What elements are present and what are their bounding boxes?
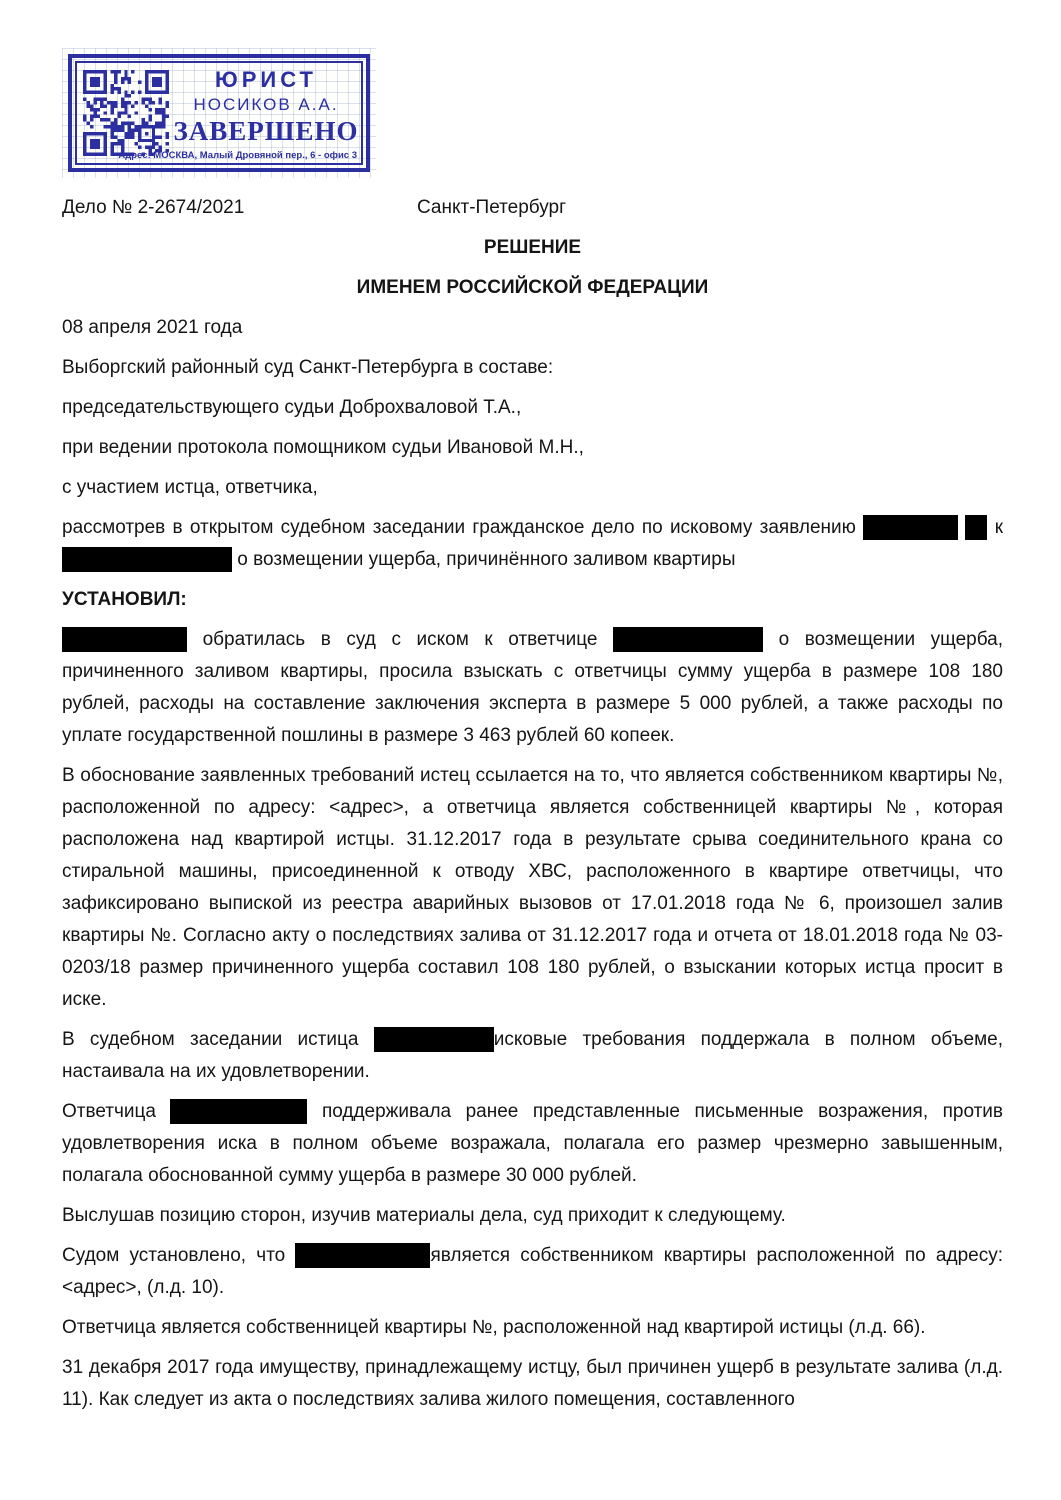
decision-date: 08 апреля 2021 года — [62, 312, 1003, 344]
claim-paragraph: обратилась в суд с иском к ответчице о в… — [62, 624, 1003, 752]
redaction-plaintiff-2 — [374, 1027, 494, 1052]
redaction-plaintiff — [62, 627, 187, 652]
clerk-line: при ведении протокола помощником судьи И… — [62, 432, 1003, 464]
case-intro-paragraph: рассмотрев в открытом судебном заседании… — [62, 512, 1003, 576]
document-subtitle: ИМЕНЕМ РОССИЙСКОЙ ФЕДЕРАЦИИ — [62, 272, 1003, 304]
stamp-text: ЮРИСТ НОСИКОВ А.А. ЗАВЕРШЕНО — [171, 68, 361, 158]
court-decision-page: ЮРИСТ НОСИКОВ А.А. ЗАВЕРШЕНО Адрес: МОСК… — [0, 0, 1061, 1500]
grounds-paragraph: В обоснование заявленных требований исте… — [62, 760, 1003, 1016]
plaintiff-position-text-1: В судебном заседании истица — [62, 1029, 358, 1050]
redaction-plaintiff-name-2 — [965, 515, 987, 540]
redaction-defendant-2 — [170, 1099, 307, 1124]
document-title: РЕШЕНИЕ — [62, 232, 1003, 264]
redaction-plaintiff-name — [863, 515, 958, 540]
stamp-status: ЗАВЕРШЕНО — [171, 116, 361, 146]
document-body: Дело № 2-2674/2021Санкт-Петербург РЕШЕНИ… — [62, 192, 1003, 1416]
presiding-judge-line: председательствующего судьи Доброхвалово… — [62, 392, 1003, 424]
plaintiff-position-paragraph: В судебном заседании истица исковые треб… — [62, 1024, 1003, 1088]
damage-paragraph: 31 декабря 2017 года имуществу, принадле… — [62, 1352, 1003, 1416]
case-intro-text-3: о возмещении ущерба, причинённого заливо… — [237, 549, 735, 570]
section-heading-ustanovil: УСТАНОВИЛ: — [62, 584, 1003, 616]
stamp-address: Адрес: МОСКВА, Малый Дровяной пер., 6 - … — [118, 150, 357, 161]
defendant-ownership-paragraph: Ответчица является собственницей квартир… — [62, 1312, 1003, 1344]
redaction-plaintiff-3 — [295, 1243, 430, 1268]
case-intro-text-2: к — [995, 517, 1003, 538]
case-number: Дело № 2-2674/2021 — [62, 192, 417, 224]
stamp-inner: ЮРИСТ НОСИКОВ А.А. ЗАВЕРШЕНО Адрес: МОСК… — [75, 61, 363, 165]
stamp-name: НОСИКОВ А.А. — [171, 95, 361, 114]
ownership-paragraph: Судом установлено, что является собствен… — [62, 1240, 1003, 1304]
ownership-text-1: Судом установлено, что — [62, 1245, 285, 1266]
stamp-title: ЮРИСТ — [171, 68, 361, 93]
lawyer-stamp: ЮРИСТ НОСИКОВ А.А. ЗАВЕРШЕНО Адрес: МОСК… — [62, 48, 376, 178]
court-conclusion-intro: Выслушав позицию сторон, изучив материал… — [62, 1200, 1003, 1232]
defendant-position-text-1: Ответчица — [62, 1101, 156, 1122]
qr-code-icon — [83, 70, 169, 156]
case-intro-text-1: рассмотрев в открытом судебном заседании… — [62, 517, 856, 538]
city-label: Санкт-Петербург — [417, 197, 566, 218]
defendant-position-paragraph: Ответчица поддерживала ранее представлен… — [62, 1096, 1003, 1192]
participants-line: с участием истца, ответчика, — [62, 472, 1003, 504]
stamp-frame: ЮРИСТ НОСИКОВ А.А. ЗАВЕРШЕНО Адрес: МОСК… — [68, 54, 370, 172]
redaction-defendant-name — [62, 547, 232, 572]
redaction-defendant — [613, 627, 763, 652]
case-line: Дело № 2-2674/2021Санкт-Петербург — [62, 192, 1003, 224]
claim-text-1: обратилась в суд с иском к ответчице — [203, 629, 598, 650]
court-name-line: Выборгский районный суд Санкт-Петербурга… — [62, 352, 1003, 384]
